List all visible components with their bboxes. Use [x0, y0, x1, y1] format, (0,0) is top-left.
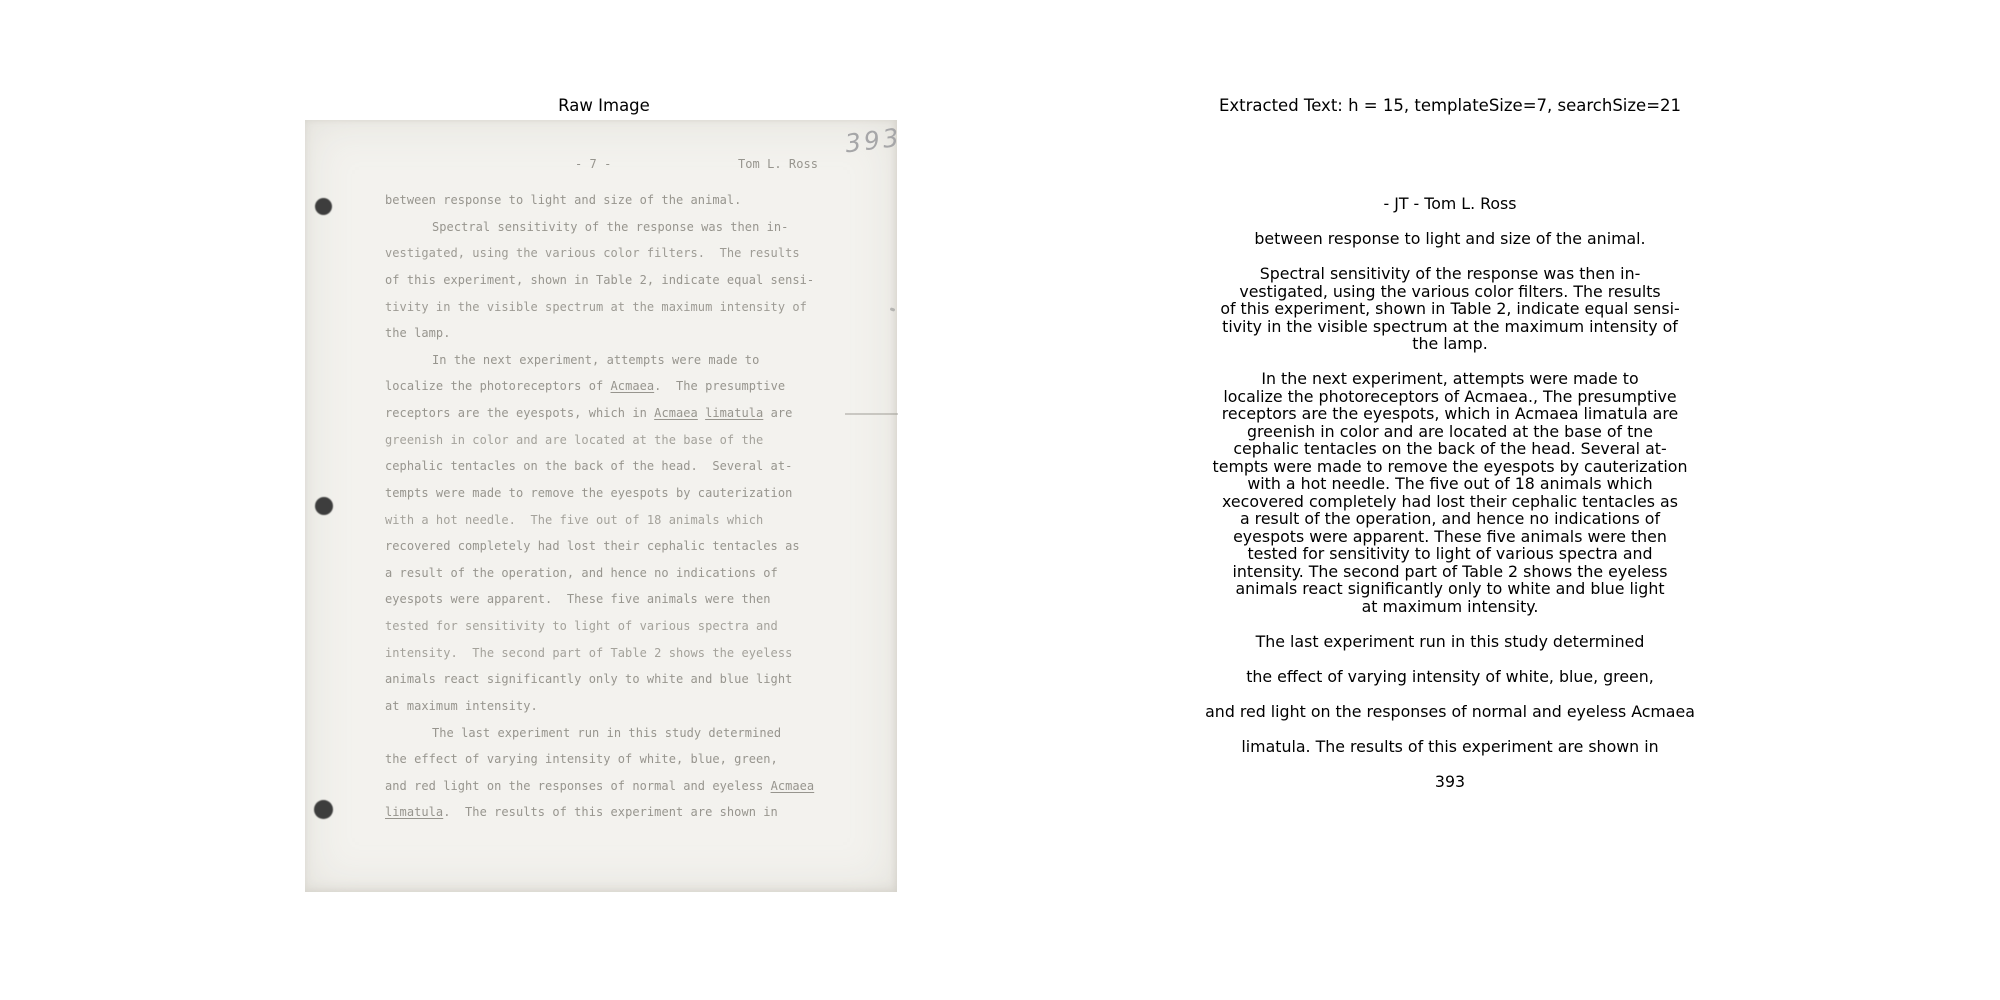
scan-text-line: In the next experiment, attempts were ma… — [385, 347, 814, 374]
scan-text-line: tested for sensitivity to light of vario… — [385, 613, 814, 640]
paper-smudge — [890, 307, 896, 312]
extracted-paragraph: between response to light and size of th… — [1150, 230, 1750, 248]
scan-text-line: limatula. The results of this experiment… — [385, 799, 814, 826]
extracted-paragraph: the effect of varying intensity of white… — [1150, 668, 1750, 686]
hole-punch-middle — [315, 497, 333, 515]
extracted-paragraph: The last experiment run in this study de… — [1150, 633, 1750, 651]
scan-text-line: Spectral sensitivity of the response was… — [385, 214, 814, 241]
extracted-paragraph: In the next experiment, attempts were ma… — [1150, 370, 1750, 615]
scan-text-line: of this experiment, shown in Table 2, in… — [385, 267, 814, 294]
scan-text-line: eyespots were apparent. These five anima… — [385, 586, 814, 613]
page-number: - 7 - — [575, 157, 611, 171]
scan-text-line: localize the photoreceptors of Acmaea. T… — [385, 373, 814, 400]
scan-text-line: tivity in the visible spectrum at the ma… — [385, 294, 814, 321]
scan-text-line: tempts were made to remove the eyespots … — [385, 480, 814, 507]
scanned-document-page: - 7 - Tom L. Ross 393 between response t… — [305, 120, 897, 892]
extracted-text-panel-title: Extracted Text: h = 15, templateSize=7, … — [1150, 96, 1750, 115]
scan-text-line: vestigated, using the various color filt… — [385, 240, 814, 267]
scan-text-line: the lamp. — [385, 320, 814, 347]
scan-text-line: receptors are the eyespots, which in Acm… — [385, 400, 814, 427]
scan-text-line: greenish in color and are located at the… — [385, 427, 814, 454]
figure-canvas: Raw Image Extracted Text: h = 15, templa… — [0, 0, 2000, 1000]
extracted-paragraph: Spectral sensitivity of the response was… — [1150, 265, 1750, 353]
extracted-text-block: - JT - Tom L. Rossbetween response to li… — [1150, 195, 1750, 808]
scan-text-line: with a hot needle. The five out of 18 an… — [385, 507, 814, 534]
extracted-paragraph: and red light on the responses of normal… — [1150, 703, 1750, 721]
extracted-paragraph: - JT - Tom L. Ross — [1150, 195, 1750, 213]
typewritten-text-body: between response to light and size of th… — [385, 187, 814, 826]
hole-punch-bottom — [314, 800, 333, 819]
scan-text-line: intensity. The second part of Table 2 sh… — [385, 640, 814, 667]
author-name: Tom L. Ross — [738, 157, 818, 171]
scan-text-line: cephalic tentacles on the back of the he… — [385, 453, 814, 480]
extracted-paragraph: 393 — [1150, 773, 1750, 791]
hole-punch-top — [315, 198, 332, 215]
scan-text-line: recovered completely had lost their ceph… — [385, 533, 814, 560]
raw-image-panel-title: Raw Image — [304, 96, 904, 115]
scan-text-line: The last experiment run in this study de… — [385, 720, 814, 747]
scan-text-line: and red light on the responses of normal… — [385, 773, 814, 800]
scan-text-line: animals react significantly only to whit… — [385, 666, 814, 693]
stray-pencil-line — [845, 413, 898, 415]
scan-text-line: the effect of varying intensity of white… — [385, 746, 814, 773]
scan-text-line: at maximum intensity. — [385, 693, 814, 720]
scan-text-line: between response to light and size of th… — [385, 187, 814, 214]
handwritten-page-number: 393 — [843, 123, 903, 159]
scan-text-line: a result of the operation, and hence no … — [385, 560, 814, 587]
extracted-paragraph: limatula. The results of this experiment… — [1150, 738, 1750, 756]
